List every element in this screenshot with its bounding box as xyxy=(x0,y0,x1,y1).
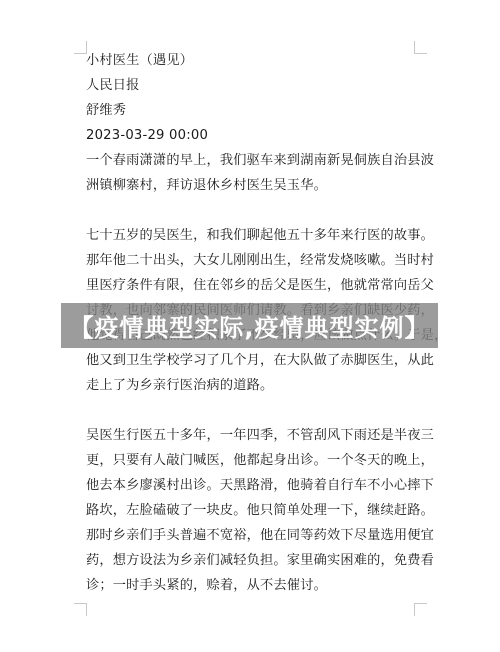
text-line: 那年他二十出头，大女儿刚刚出生，经常发烧咳嗽。当时村 xyxy=(86,248,426,273)
text-line: 他去本乡廖溪村出诊。天黑路滑，他骑着自行车不小心摔下 xyxy=(86,473,426,498)
text-line: 路坎，左脸磕破了一块皮。他只简单处理一下，继续赶路。 xyxy=(86,498,426,523)
text-line: 吴医生行医五十多年，一年四季，不管刮风下雨还是半夜三 xyxy=(86,423,426,448)
text-line: 走上了为乡亲行医治病的道路。 xyxy=(86,373,426,398)
text-line: 那时乡亲们手头普遍不宽裕，他在同等药效下尽量选用便宜 xyxy=(86,523,426,548)
article-date: 2023-03-29 00:00 xyxy=(86,123,426,148)
article-source: 人民日报 xyxy=(86,73,426,98)
text-line: 里医疗条件有限，住在邻乡的岳父是医生，他就常常向岳父 xyxy=(86,273,426,298)
text-line: 洲镇柳寨村，拜访退休乡村医生吴玉华。 xyxy=(86,173,426,198)
text-line: 药，想方设法为乡亲们减轻负担。家里确实困难的，免费看 xyxy=(86,548,426,573)
text-line: 他又到卫生学校学习了几个月，在大队做了赤脚医生，从此 xyxy=(86,348,426,373)
title-overlay-banner: 【疫情典型实际,疫情典型实例】 xyxy=(61,303,438,348)
text-line: 七十五岁的吴医生，和我们聊起他五十多年来行医的故事。 xyxy=(86,223,426,248)
text-line: 诊；一时手头紧的，赊着，从不去催讨。 xyxy=(86,573,426,598)
text-line: 更，只要有人敲门喊医，他都起身出诊。一个冬天的晚上， xyxy=(86,448,426,473)
text-line: 一个春雨潇潇的早上，我们驱车来到湖南新晃侗族自治县波 xyxy=(86,148,426,173)
banner-text: 【疫情典型实际,疫情典型实例】 xyxy=(69,308,429,343)
page-corner-mark-bottom-right xyxy=(414,603,427,616)
paragraph-1: 一个春雨潇潇的早上，我们驱车来到湖南新晃侗族自治县波 洲镇柳寨村，拜访退休乡村医… xyxy=(86,148,426,198)
page-corner-mark-bottom-left xyxy=(74,603,87,616)
article-author: 舒维秀 xyxy=(86,98,426,123)
paragraph-3: 吴医生行医五十多年，一年四季，不管刮风下雨还是半夜三 更，只要有人敲门喊医，他都… xyxy=(86,423,426,598)
article-title: 小村医生（遇见） xyxy=(86,48,426,73)
